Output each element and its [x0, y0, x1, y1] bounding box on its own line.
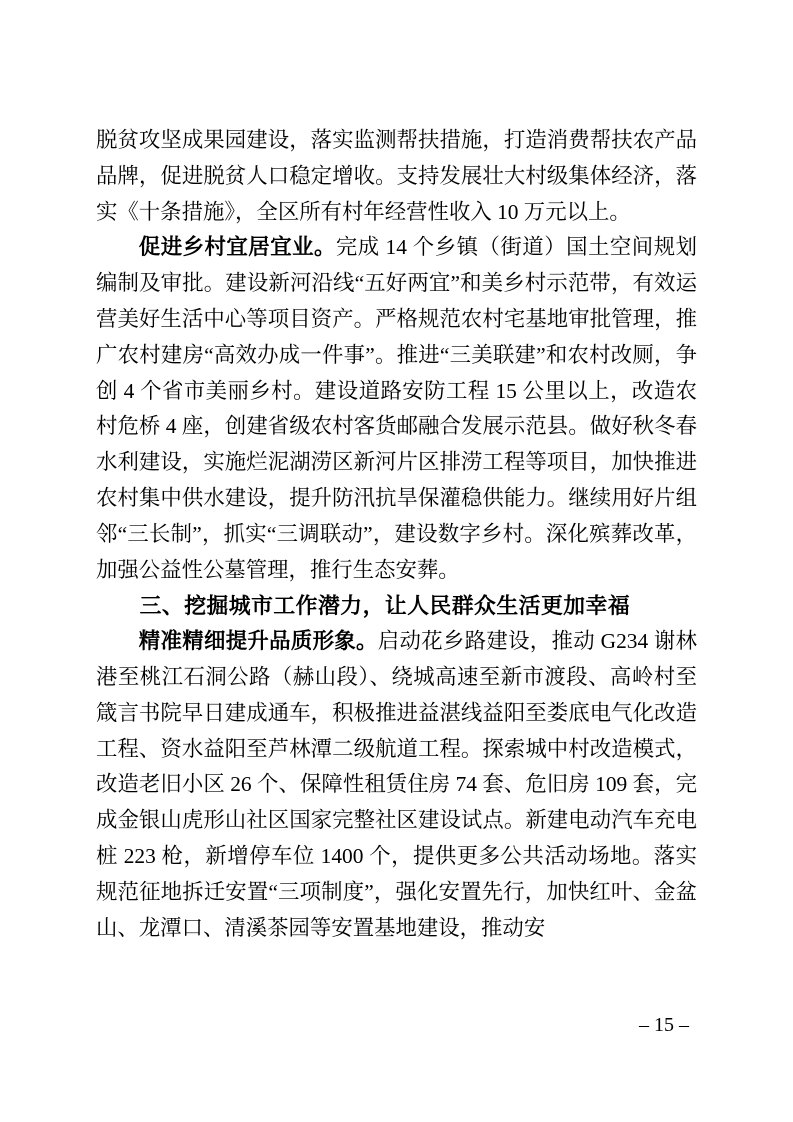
paragraph-text: 启动花乡路建设，推动 G234 谢林港至桃江石洞公路（赫山段）、绕城高速至新市渡… [96, 629, 697, 939]
section-heading-three: 三、挖掘城市工作潜力，让人民群众生活更加幸福 [96, 588, 697, 624]
page-number: – 15 – [639, 1012, 689, 1038]
document-page: 脱贫攻坚成果园建设，落实监测帮扶措施，打造消费帮扶农产品品牌，促进脱贫人口稳定增… [0, 0, 793, 1122]
paragraph-bold-lead: 促进乡村宜居宜业。 [139, 235, 336, 259]
paragraph-rural-livability: 促进乡村宜居宜业。完成 14 个乡镇（街道）国土空间规划编制及审批。建设新河沿线… [96, 230, 697, 588]
paragraph-bold-lead: 精准精细提升品质形象。 [139, 629, 378, 653]
paragraph-text: 完成 14 个乡镇（街道）国土空间规划编制及审批。建设新河沿线“五好两宜”和美乡… [96, 235, 697, 581]
paragraph-poverty-alleviation-continuation: 脱贫攻坚成果园建设，落实监测帮扶措施，打造消费帮扶农产品品牌，促进脱贫人口稳定增… [96, 123, 697, 230]
document-body: 脱贫攻坚成果园建设，落实监测帮扶措施，打造消费帮扶农产品品牌，促进脱贫人口稳定增… [96, 123, 697, 946]
paragraph-city-quality: 精准精细提升品质形象。启动花乡路建设，推动 G234 谢林港至桃江石洞公路（赫山… [96, 624, 697, 946]
paragraph-text: 脱贫攻坚成果园建设，落实监测帮扶措施，打造消费帮扶农产品品牌，促进脱贫人口稳定增… [96, 128, 697, 224]
